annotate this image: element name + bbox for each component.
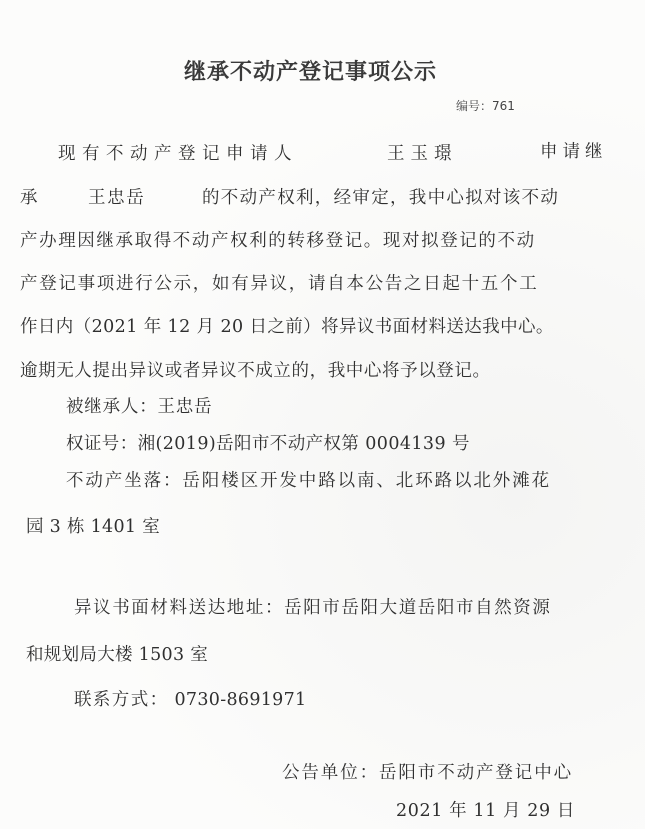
objection-address-value-line-2: 和规划局大楼 1503 室 [26, 641, 208, 666]
certificate-field: 权证号：湘(2019)岳阳市不动产权第 0004139 号 [66, 430, 470, 455]
body-line-2-prefix: 承 [20, 184, 39, 209]
certificate-label: 权证号： [66, 434, 138, 454]
contact-label: 联系方式： [74, 690, 169, 710]
contact-field: 联系方式：0730-8691971 [74, 686, 307, 711]
notice-page: 继承不动产登记事项公示 编号：761 现有不动产登记申请人 王玉璟 申请继 承 … [0, 0, 645, 829]
serial-value: 761 [492, 99, 515, 113]
body-line-6: 逾期无人提出异议或者异议不成立的，我中心将予以登记。 [20, 357, 491, 382]
body-line-5: 作日内（2021 年 12 月 20 日之前）将异议书面材料送达我中心。 [20, 313, 554, 338]
location-value-line-1: 岳阳楼区开发中路以南、北环路以北外滩花 [182, 471, 551, 491]
page-title: 继承不动产登记事项公示 [0, 55, 633, 86]
issuer-label: 公告单位： [282, 763, 379, 783]
location-value-line-2: 园 3 栋 1401 室 [26, 513, 160, 538]
contact-value: 0730-8691971 [175, 690, 307, 710]
deceased-field: 被继承人：王忠岳 [66, 393, 212, 418]
location-label: 不动产坐落： [66, 471, 182, 491]
deceased-value: 王忠岳 [158, 397, 213, 417]
serial-number: 编号：761 [456, 97, 515, 114]
notice-date: 2021 年 11 月 29 日 [396, 797, 575, 822]
issuer-value: 岳阳市不动产登记中心 [379, 763, 573, 783]
body-line-1-suffix: 申请继 [540, 138, 608, 163]
body-line-4: 产登记事项进行公示，如有异议，请自本公告之日起十五个工 [20, 270, 538, 295]
location-field: 不动产坐落：岳阳楼区开发中路以南、北环路以北外滩花 [66, 467, 551, 492]
applicant-name: 王玉璟 [387, 140, 458, 165]
body-line-3: 产办理因继承取得不动产权利的转移登记。现对拟登记的不动 [20, 227, 536, 252]
issuer-field: 公告单位：岳阳市不动产登记中心 [282, 759, 573, 784]
deceased-name-inline: 王忠岳 [88, 184, 145, 209]
serial-label: 编号： [456, 99, 492, 113]
objection-address-label: 异议书面材料送达地址： [74, 598, 284, 618]
body-line-2-suffix: 的不动产权利，经审定，我中心拟对该不动 [202, 184, 559, 209]
objection-address-value-line-1: 岳阳市岳阳大道岳阳市自然资源 [284, 598, 551, 618]
body-line-1-prefix: 现有不动产登记申请人 [58, 140, 298, 165]
deceased-label: 被继承人： [66, 397, 158, 417]
certificate-value: 湘(2019)岳阳市不动产权第 0004139 号 [138, 434, 470, 454]
objection-address-field: 异议书面材料送达地址：岳阳市岳阳大道岳阳市自然资源 [74, 594, 552, 619]
